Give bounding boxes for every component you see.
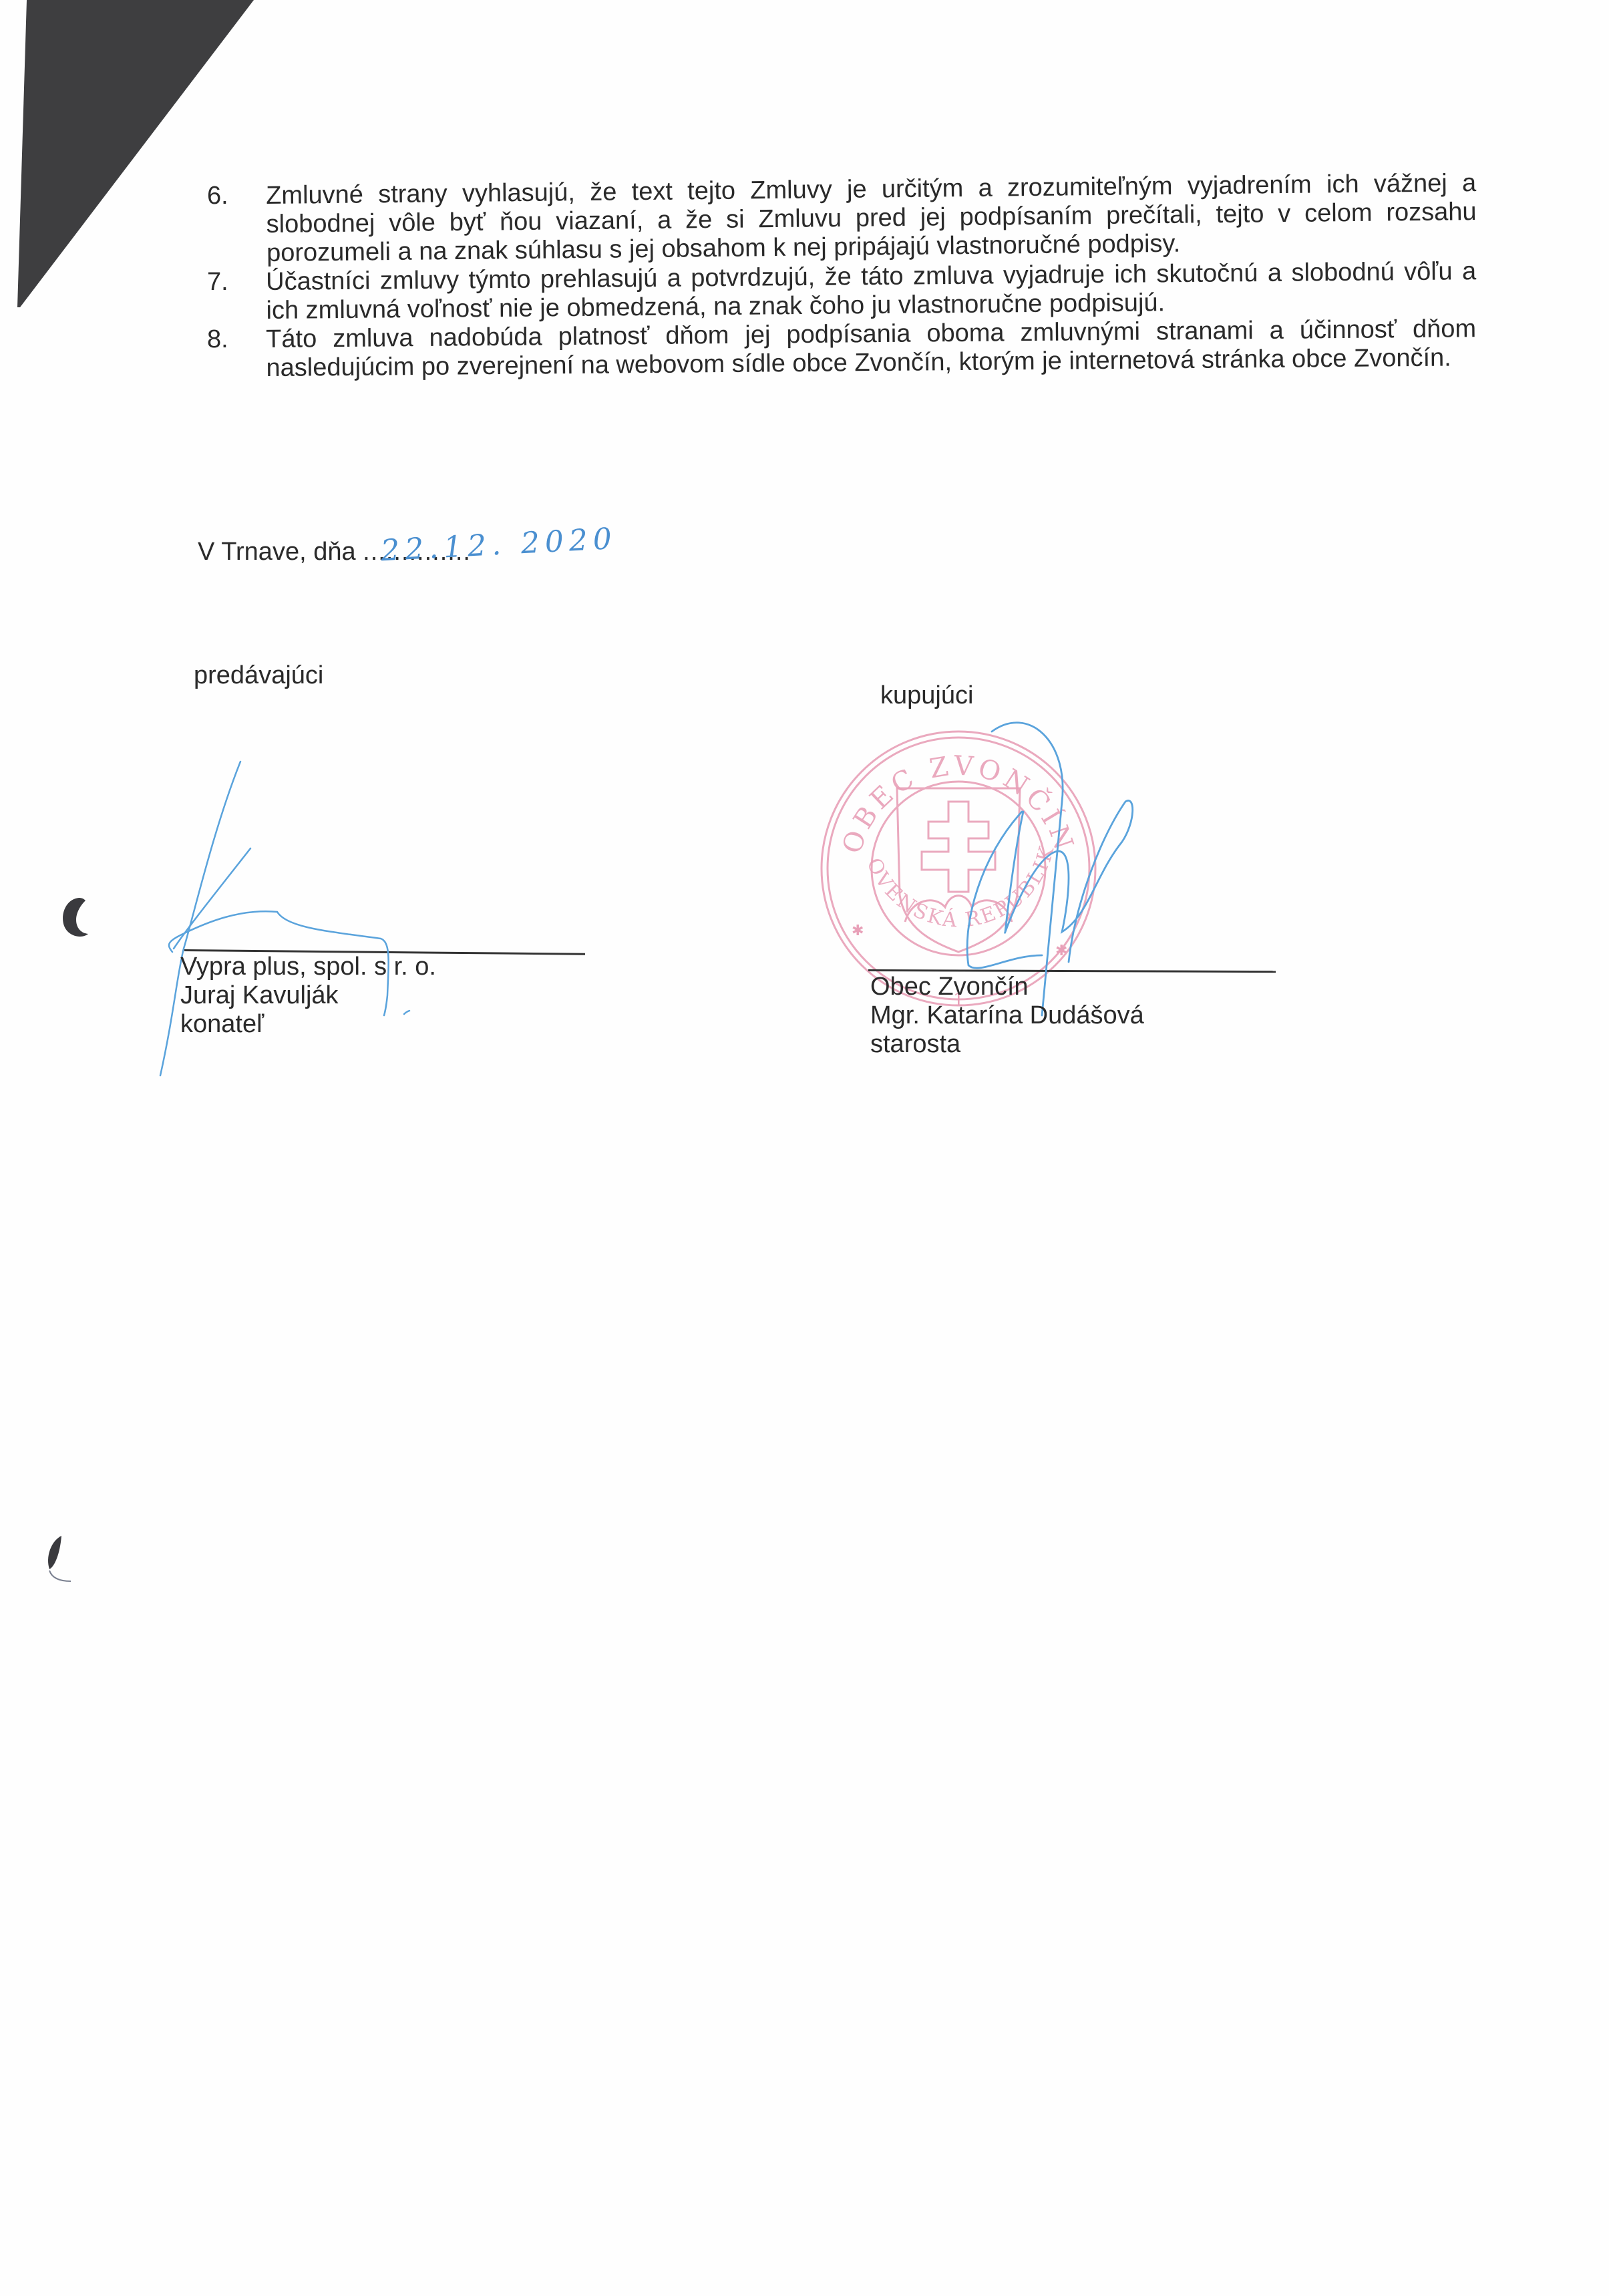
clause-number: 7. bbox=[207, 268, 228, 297]
seller-role-label: predávajúci bbox=[194, 661, 323, 690]
punch-hole-lower bbox=[41, 1533, 81, 1587]
seller-name: Juraj Kavulják bbox=[180, 981, 436, 1010]
clause-6: 6. Zmluvné strany vyhlasujú, že text tej… bbox=[207, 182, 1476, 268]
clause-text: Účastníci zmluvy týmto prehlasujú a potv… bbox=[266, 257, 1477, 325]
clause-number: 6. bbox=[207, 182, 228, 210]
seller-title: konateľ bbox=[180, 1010, 436, 1039]
handwritten-date: 22.12. 2020 bbox=[380, 522, 618, 568]
buyer-title: starosta bbox=[870, 1030, 1144, 1059]
buyer-signature-block: Obec Zvončín Mgr. Katarína Dudášová star… bbox=[870, 973, 1144, 1059]
punch-hole-upper bbox=[59, 895, 99, 942]
seller-signature-block: Vypra plus, spol. s r. o. Juraj Kavulják… bbox=[180, 953, 436, 1039]
place-date-prefix: V Trnave, dňa bbox=[198, 538, 356, 566]
clause-text: Zmluvné strany vyhlasujú, že text tejto … bbox=[266, 169, 1477, 268]
buyer-name: Mgr. Katarína Dudášová bbox=[870, 1001, 1144, 1030]
clause-text: Táto zmluva nadobúda platnosť dňom jej p… bbox=[266, 315, 1477, 383]
clause-number: 8. bbox=[207, 325, 228, 354]
contract-clauses: 6. Zmluvné strany vyhlasujú, že text tej… bbox=[207, 182, 1476, 383]
clause-8: 8. Táto zmluva nadobúda platnosť dňom je… bbox=[207, 325, 1476, 383]
seller-company: Vypra plus, spol. s r. o. bbox=[180, 953, 436, 981]
buyer-company: Obec Zvončín bbox=[870, 973, 1144, 1001]
